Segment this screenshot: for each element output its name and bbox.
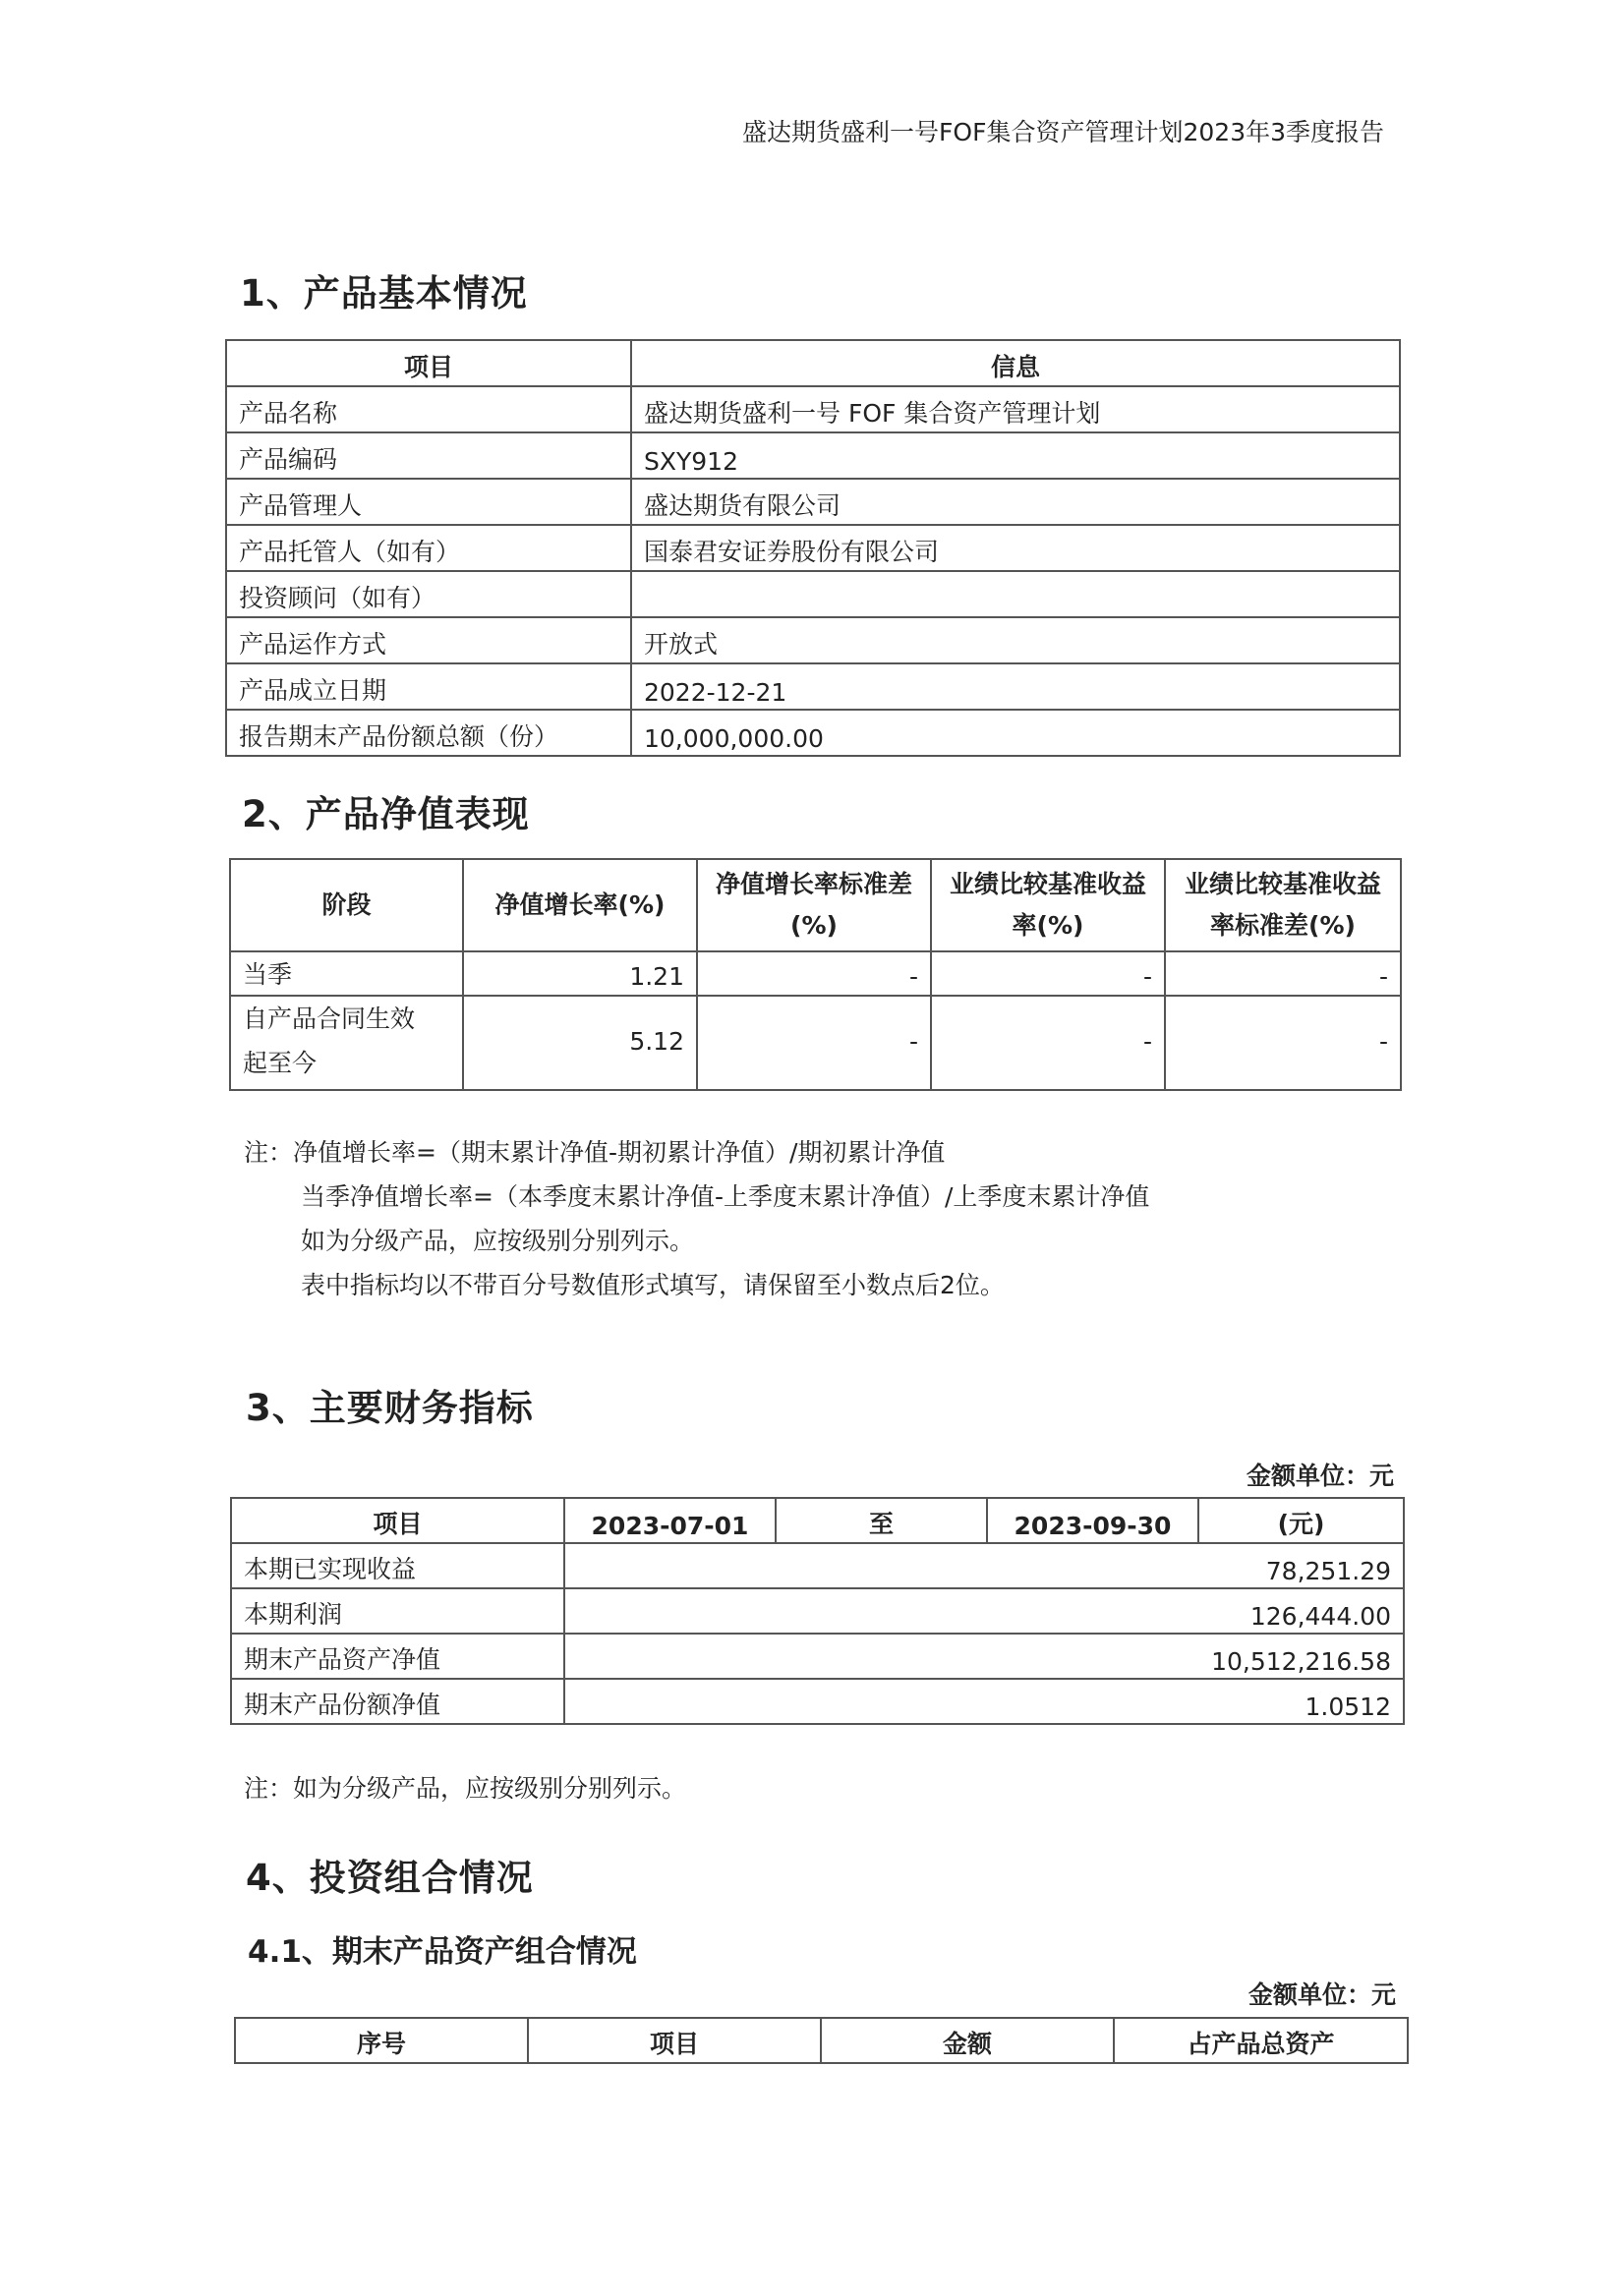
row-label: 产品运作方式 xyxy=(226,617,631,663)
row-value: 126,444.00 xyxy=(564,1588,1404,1634)
table-row: 本期利润 126,444.00 xyxy=(231,1588,1404,1634)
section1-title: 1、产品基本情况 xyxy=(240,263,528,316)
column-header-stage: 阶段 xyxy=(230,859,463,951)
note-line: 如为分级产品，应按级别分别列示。 xyxy=(244,1219,1374,1263)
asset-portfolio-table: 序号 项目 金额 占产品总资产 xyxy=(234,2017,1409,2064)
bench-return-value: - xyxy=(931,996,1165,1090)
table-row: 产品运作方式 开放式 xyxy=(226,617,1400,663)
table-row: 产品托管人（如有） 国泰君安证券股份有限公司 xyxy=(226,525,1400,571)
column-header-item: 项目 xyxy=(226,340,631,386)
report-header-title: 盛达期货盛利一号FOF集合资产管理计划2023年3季度报告 xyxy=(0,113,1384,148)
table-header-row: 序号 项目 金额 占产品总资产 xyxy=(235,2018,1408,2063)
column-header-item: 项目 xyxy=(528,2018,821,2063)
table-row: 本期已实现收益 78,251.29 xyxy=(231,1543,1404,1588)
column-header-end-date: 2023-09-30 xyxy=(987,1498,1198,1543)
nav-growth-value: 5.12 xyxy=(463,996,697,1090)
column-header-nav-std: 净值增长率标准差(%) xyxy=(697,859,931,951)
row-value: 10,000,000.00 xyxy=(631,710,1400,756)
basic-info-table: 项目 信息 产品名称 盛达期货盛利一号 FOF 集合资产管理计划 产品编码 SX… xyxy=(225,339,1401,757)
row-value: 开放式 xyxy=(631,617,1400,663)
table-row: 产品成立日期 2022-12-21 xyxy=(226,663,1400,710)
column-header-seq: 序号 xyxy=(235,2018,528,2063)
column-header-bench-return: 业绩比较基准收益率(%) xyxy=(931,859,1165,951)
section4-1-title: 4.1、期末产品资产组合情况 xyxy=(248,1926,637,1971)
nav-growth-value: 1.21 xyxy=(463,951,697,996)
row-label: 产品托管人（如有） xyxy=(226,525,631,571)
financial-indicators-table: 项目 2023-07-01 至 2023-09-30 (元) 本期已实现收益 7… xyxy=(230,1497,1405,1725)
table-header-row: 项目 2023-07-01 至 2023-09-30 (元) xyxy=(231,1498,1404,1543)
row-label: 期末产品资产净值 xyxy=(231,1634,564,1679)
table-row: 报告期末产品份额总额（份） 10,000,000.00 xyxy=(226,710,1400,756)
row-value: 国泰君安证券股份有限公司 xyxy=(631,525,1400,571)
column-header-to: 至 xyxy=(776,1498,987,1543)
row-value: 1.0512 xyxy=(564,1679,1404,1724)
row-label: 报告期末产品份额总额（份） xyxy=(226,710,631,756)
nav-performance-table: 阶段 净值增长率(%) 净值增长率标准差(%) 业绩比较基准收益率(%) 业绩比… xyxy=(229,858,1402,1091)
row-value: SXY912 xyxy=(631,432,1400,479)
table-row: 当季 1.21 - - - xyxy=(230,951,1401,996)
section4-title: 4、投资组合情况 xyxy=(246,1848,534,1901)
column-header-start-date: 2023-07-01 xyxy=(564,1498,776,1543)
row-label: 投资顾问（如有） xyxy=(226,571,631,617)
nav-notes: 注：净值增长率=（期末累计净值-期初累计净值）/期初累计净值 当季净值增长率=（… xyxy=(244,1130,1374,1307)
row-value: 2022-12-21 xyxy=(631,663,1400,710)
column-header-item: 项目 xyxy=(231,1498,564,1543)
stage-label: 当季 xyxy=(230,951,463,996)
table-row: 产品编码 SXY912 xyxy=(226,432,1400,479)
column-header-nav-growth: 净值增长率(%) xyxy=(463,859,697,951)
section3-unit-label: 金额单位：元 xyxy=(1247,1457,1394,1492)
column-header-amount: 金额 xyxy=(821,2018,1114,2063)
section3-title: 3、主要财务指标 xyxy=(246,1378,534,1431)
column-header-bench-std: 业绩比较基准收益率标准差(%) xyxy=(1165,859,1401,951)
bench-return-value: - xyxy=(931,951,1165,996)
table-row: 期末产品份额净值 1.0512 xyxy=(231,1679,1404,1724)
note-line: 当季净值增长率=（本季度末累计净值-上季度末累计净值）/上季度末累计净值 xyxy=(244,1175,1374,1219)
stage-label: 自产品合同生效起至今 xyxy=(230,996,463,1090)
column-header-info: 信息 xyxy=(631,340,1400,386)
row-label: 产品编码 xyxy=(226,432,631,479)
row-label: 产品管理人 xyxy=(226,479,631,525)
table-row: 产品管理人 盛达期货有限公司 xyxy=(226,479,1400,525)
table-header-row: 项目 信息 xyxy=(226,340,1400,386)
table-row: 期末产品资产净值 10,512,216.58 xyxy=(231,1634,1404,1679)
row-value: 盛达期货有限公司 xyxy=(631,479,1400,525)
note-line: 注：净值增长率=（期末累计净值-期初累计净值）/期初累计净值 xyxy=(244,1130,1374,1175)
row-label: 本期利润 xyxy=(231,1588,564,1634)
section2-title: 2、产品净值表现 xyxy=(242,784,530,837)
row-value: 10,512,216.58 xyxy=(564,1634,1404,1679)
row-value xyxy=(631,571,1400,617)
nav-std-value: - xyxy=(697,996,931,1090)
note-line: 表中指标均以不带百分号数值形式填写，请保留至小数点后2位。 xyxy=(244,1263,1374,1307)
table-header-row: 阶段 净值增长率(%) 净值增长率标准差(%) 业绩比较基准收益率(%) 业绩比… xyxy=(230,859,1401,951)
financial-note: 注：如为分级产品，应按级别分别列示。 xyxy=(244,1766,686,1810)
row-value: 盛达期货盛利一号 FOF 集合资产管理计划 xyxy=(631,386,1400,432)
row-label: 期末产品份额净值 xyxy=(231,1679,564,1724)
nav-std-value: - xyxy=(697,951,931,996)
section4-1-unit-label: 金额单位：元 xyxy=(1248,1976,1396,2011)
row-label: 产品名称 xyxy=(226,386,631,432)
table-row: 自产品合同生效起至今 5.12 - - - xyxy=(230,996,1401,1090)
bench-std-value: - xyxy=(1165,951,1401,996)
row-label: 本期已实现收益 xyxy=(231,1543,564,1588)
column-header-unit: (元) xyxy=(1198,1498,1404,1543)
table-row: 产品名称 盛达期货盛利一号 FOF 集合资产管理计划 xyxy=(226,386,1400,432)
row-value: 78,251.29 xyxy=(564,1543,1404,1588)
row-label: 产品成立日期 xyxy=(226,663,631,710)
table-row: 投资顾问（如有） xyxy=(226,571,1400,617)
column-header-ratio: 占产品总资产 xyxy=(1114,2018,1408,2063)
bench-std-value: - xyxy=(1165,996,1401,1090)
